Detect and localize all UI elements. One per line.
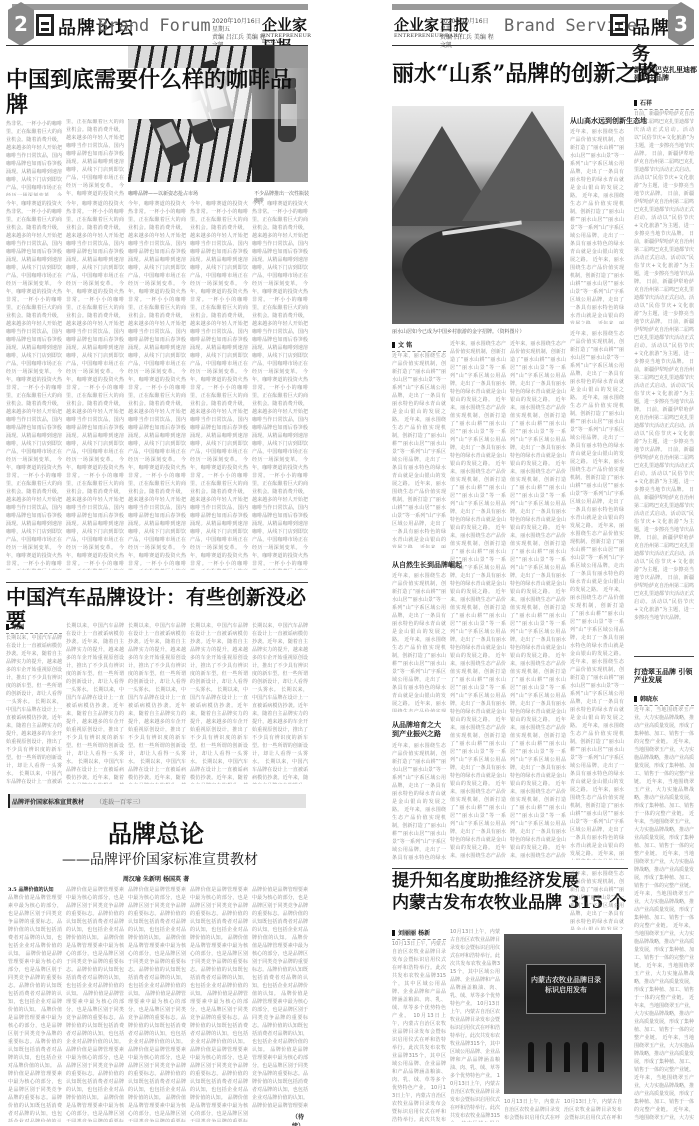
article-body-column: 10月13日上午，内蒙古自治区农牧业品牌目录发布会暨标识启用仪式在呼和浩特举行。… xyxy=(392,940,446,1122)
article-divider xyxy=(634,656,694,657)
article-body-column: 今年，咖啡赛道的投资火热非常。一杯小小的咖啡里，正在酝酿着巨大的商业机会。随着消… xyxy=(190,200,248,570)
series-strip: 品牌评价国家标准宣贯教材 （连载一百零三） xyxy=(8,794,306,808)
byline: 文 铭 xyxy=(392,340,446,352)
article-body-column: 品牌价值是品牌管理要素中最为核心的部分，也是品牌区别于同类竞争品牌的重要标志。品… xyxy=(190,886,248,1122)
article-body-column: 长期以来，中国汽车品牌在设计上一直被诟病模仿抄袭。近年来，随着自主品牌实力的提升… xyxy=(128,622,186,784)
article-body-column: 近年来，丽水围绕生态产品价值实现机制，创新打造了“丽水山耕”“丽水山居”“丽水山… xyxy=(392,572,446,712)
article-body-column: 今年，咖啡赛道的投资火热非常。一杯小小的咖啡里，正在酝酿着巨大的商业机会。随着消… xyxy=(252,200,308,570)
article-headline: 品牌总论 xyxy=(0,820,312,848)
page-number-badge: 3 xyxy=(668,2,694,46)
article-subheadline: ——品牌评价国家标准宣贯教材 xyxy=(60,852,260,868)
article-headline: 丽水“山系”品牌的创新之路 xyxy=(392,62,659,87)
article-body-column: 近年来，丽水围绕生态产品价值实现机制，创新打造了“丽水山耕”“丽水山居”“丽水山… xyxy=(570,870,624,930)
article-body-column: 近年来，丽水围绕生态产品价值实现机制，创新打造了“丽水山耕”“丽水山居”“丽水山… xyxy=(450,340,506,860)
center-gutter xyxy=(312,0,388,1126)
stage-screen: 内蒙古农牧业品牌目录 标识启用发布 xyxy=(526,964,606,1014)
stage-screen-text: 内蒙古农牧业品牌目录 标识启用发布 xyxy=(527,975,605,995)
article-body-column: 品牌价值是品牌管理要素中最为核心的部分，也是品牌区别于同类竞争品牌的重要标志。品… xyxy=(8,894,62,1122)
ceremony-photo: 内蒙古农牧业品牌目录 标识启用发布 xyxy=(504,934,622,1094)
byline: 韩晓东 xyxy=(634,694,694,706)
article-headline: 提升知名度助推经济发展 xyxy=(392,872,579,892)
article-body-column: 近年来，丽水围绕生态产品价值实现机制，创新打造了“丽水山耕”“丽水山居”“丽水山… xyxy=(392,742,446,860)
byline: 石祥 xyxy=(634,98,694,110)
article-body-column: 品牌价值是品牌管理要素中最为核心的部分，也是品牌区别于同类竞争品牌的重要标志。品… xyxy=(252,886,308,1108)
to-be-continued: （待续） xyxy=(292,1112,312,1126)
article-divider xyxy=(6,582,308,583)
byline: 周汉瑜 朱新明 杨国英 著 xyxy=(0,874,312,883)
subhead: 从品牌培育之大到产业振兴之路 xyxy=(392,720,446,738)
article-body-column: 10月13日上午，内蒙古自治区农牧业品牌目录发布会暨标识启用仪式在呼和浩特举行。… xyxy=(504,1098,560,1122)
article-divider xyxy=(392,868,628,869)
article-body-column: 品牌价值是品牌管理要素中最为核心的部分，也是品牌区别于同类竞争品牌的重要标志。品… xyxy=(66,886,124,1122)
article-body-column: 日前，新疆伊犁哈萨克自治州第二届鸣巴克扎里迪都节庆活动正式启动。活动以“民俗节庆… xyxy=(634,110,694,650)
byline: 胡剑 xyxy=(6,622,62,634)
article-body-column: 近年来，丽水围绕生态产品价值实现机制，创新打造了“丽水山耕”“丽水山居”“丽水山… xyxy=(570,128,624,324)
article-headline: 打造翠玉品牌 引领产业发展 xyxy=(634,668,698,684)
mountain-lake-photo xyxy=(392,106,564,324)
header-rule xyxy=(392,45,694,46)
person-silhouette xyxy=(528,1042,534,1072)
masthead-en: ENTREPRENEUR DAILY xyxy=(262,33,312,45)
subhead: 从自然生长到品牌崛起 xyxy=(392,560,462,570)
brand-logo-icon xyxy=(610,14,628,36)
editor-line: 责编 吕江兵 美编 程文凯 xyxy=(440,34,496,50)
article-body-column: 品牌价值是品牌管理要素中最为核心的部分，也是品牌区别于同类竞争品牌的重要标志。品… xyxy=(128,886,186,1122)
series-installment: （连载一百零三） xyxy=(96,797,144,806)
article-body-column: 近年来，丽水围绕生态产品价值实现机制，创新打造了“丽水山耕”“丽水山居”“丽水山… xyxy=(392,352,446,548)
article-body-column: 近年来，当地围绕翠玉产业，大力实施品牌战略，推动产业高质量发展，形成了集种植、加… xyxy=(634,706,694,1122)
series-label: 品牌评价国家标准宣贯教材 xyxy=(12,797,84,806)
byline: 刘丽丽 杨新 xyxy=(392,928,446,940)
brand-logo-icon xyxy=(36,14,54,36)
article-body-column: 10月13日上午，内蒙古自治区农牧业品牌目录发布会暨标识启用仪式在呼和浩特举行。… xyxy=(450,928,500,1122)
person-silhouette xyxy=(546,1042,552,1072)
article-body-column: 今年，咖啡赛道的投资火热非常。一杯小小的咖啡里，正在酝酿着巨大的商业机会。随着消… xyxy=(128,200,186,570)
header-bar xyxy=(12,4,308,10)
date-line: 2020年10月16日 星期五 xyxy=(440,18,496,34)
page-number-badge: 2 xyxy=(8,2,34,46)
person-silhouette xyxy=(564,1042,570,1072)
article-body-column: 近年来，丽水围绕生态产品价值实现机制，创新打造了“丽水山耕”“丽水山居”“丽水山… xyxy=(510,340,566,860)
article-body-column: 近年来，丽水围绕生态产品价值实现机制，创新打造了“丽水山耕”“丽水山居”“丽水山… xyxy=(570,330,624,860)
article-headline: 中国到底需要什么样的咖啡品牌 xyxy=(6,68,312,119)
header-bar xyxy=(392,4,682,10)
page-2: 2 品牌论坛 Brand Forum 2020年10月16日 星期五 责编 吕江… xyxy=(0,0,312,1126)
article-body-column: 长期以来，中国汽车品牌在设计上一直被诟病模仿抄袭。近年来，随着自主品牌实力的提升… xyxy=(252,622,308,784)
person-silhouette xyxy=(582,1042,588,1072)
page-3: 企业家日报 ENTREPRENEUR DAILY 2020年10月16日 星期五… xyxy=(388,0,699,1126)
section-heading: 3.5 品牌价值的认知 xyxy=(8,886,53,893)
article-body-column: 长期以来，中国汽车品牌在设计上一直被诟病模仿抄袭。近年来，随着自主品牌实力的提升… xyxy=(66,622,124,784)
article-body-column: 长期以来，中国汽车品牌在设计上一直被诟病模仿抄袭。近年来，随着自主品牌实力的提升… xyxy=(6,634,62,784)
date-line: 2020年10月16日 星期五 xyxy=(212,18,268,34)
section-title-en: Brand Forum xyxy=(98,16,211,36)
article-body-column: 今年，咖啡赛道的投资火热非常。一杯小小的咖啡里，正在酝酿着巨大的商业机会。随着消… xyxy=(66,200,124,570)
mountain-graphic xyxy=(462,111,564,221)
person-silhouette xyxy=(598,1042,604,1072)
article-body-column: 今年，咖啡赛道的投资火热非常。一杯小小的咖啡里，正在酝酿着巨大的商业机会。随着消… xyxy=(6,200,62,570)
photo-caption: 丽水山居如今已成为中国乡村旅游的金字招牌。（资料图片） xyxy=(392,328,564,335)
lake-graphic xyxy=(402,226,552,306)
photo-caption: 咖啡品牌——以新姿态抢占市场 xyxy=(128,190,252,197)
article-body-column: 长期以来，中国汽车品牌在设计上一直被诟病模仿抄袭。近年来，随着自主品牌实力的提升… xyxy=(190,622,248,784)
article-body-column: 10月13日上午，内蒙古自治区农牧业品牌目录发布会暨标识启用仪式在呼和浩特举行。… xyxy=(564,1098,622,1122)
article-headline: 新疆鸣巴克扎里迪都建节庆品牌 xyxy=(634,66,698,82)
article-body-column: 今年，咖啡赛道的投资火热非常。一杯小小的咖啡里，正在酝酿着巨大的商业机会。随着消… xyxy=(6,112,62,196)
